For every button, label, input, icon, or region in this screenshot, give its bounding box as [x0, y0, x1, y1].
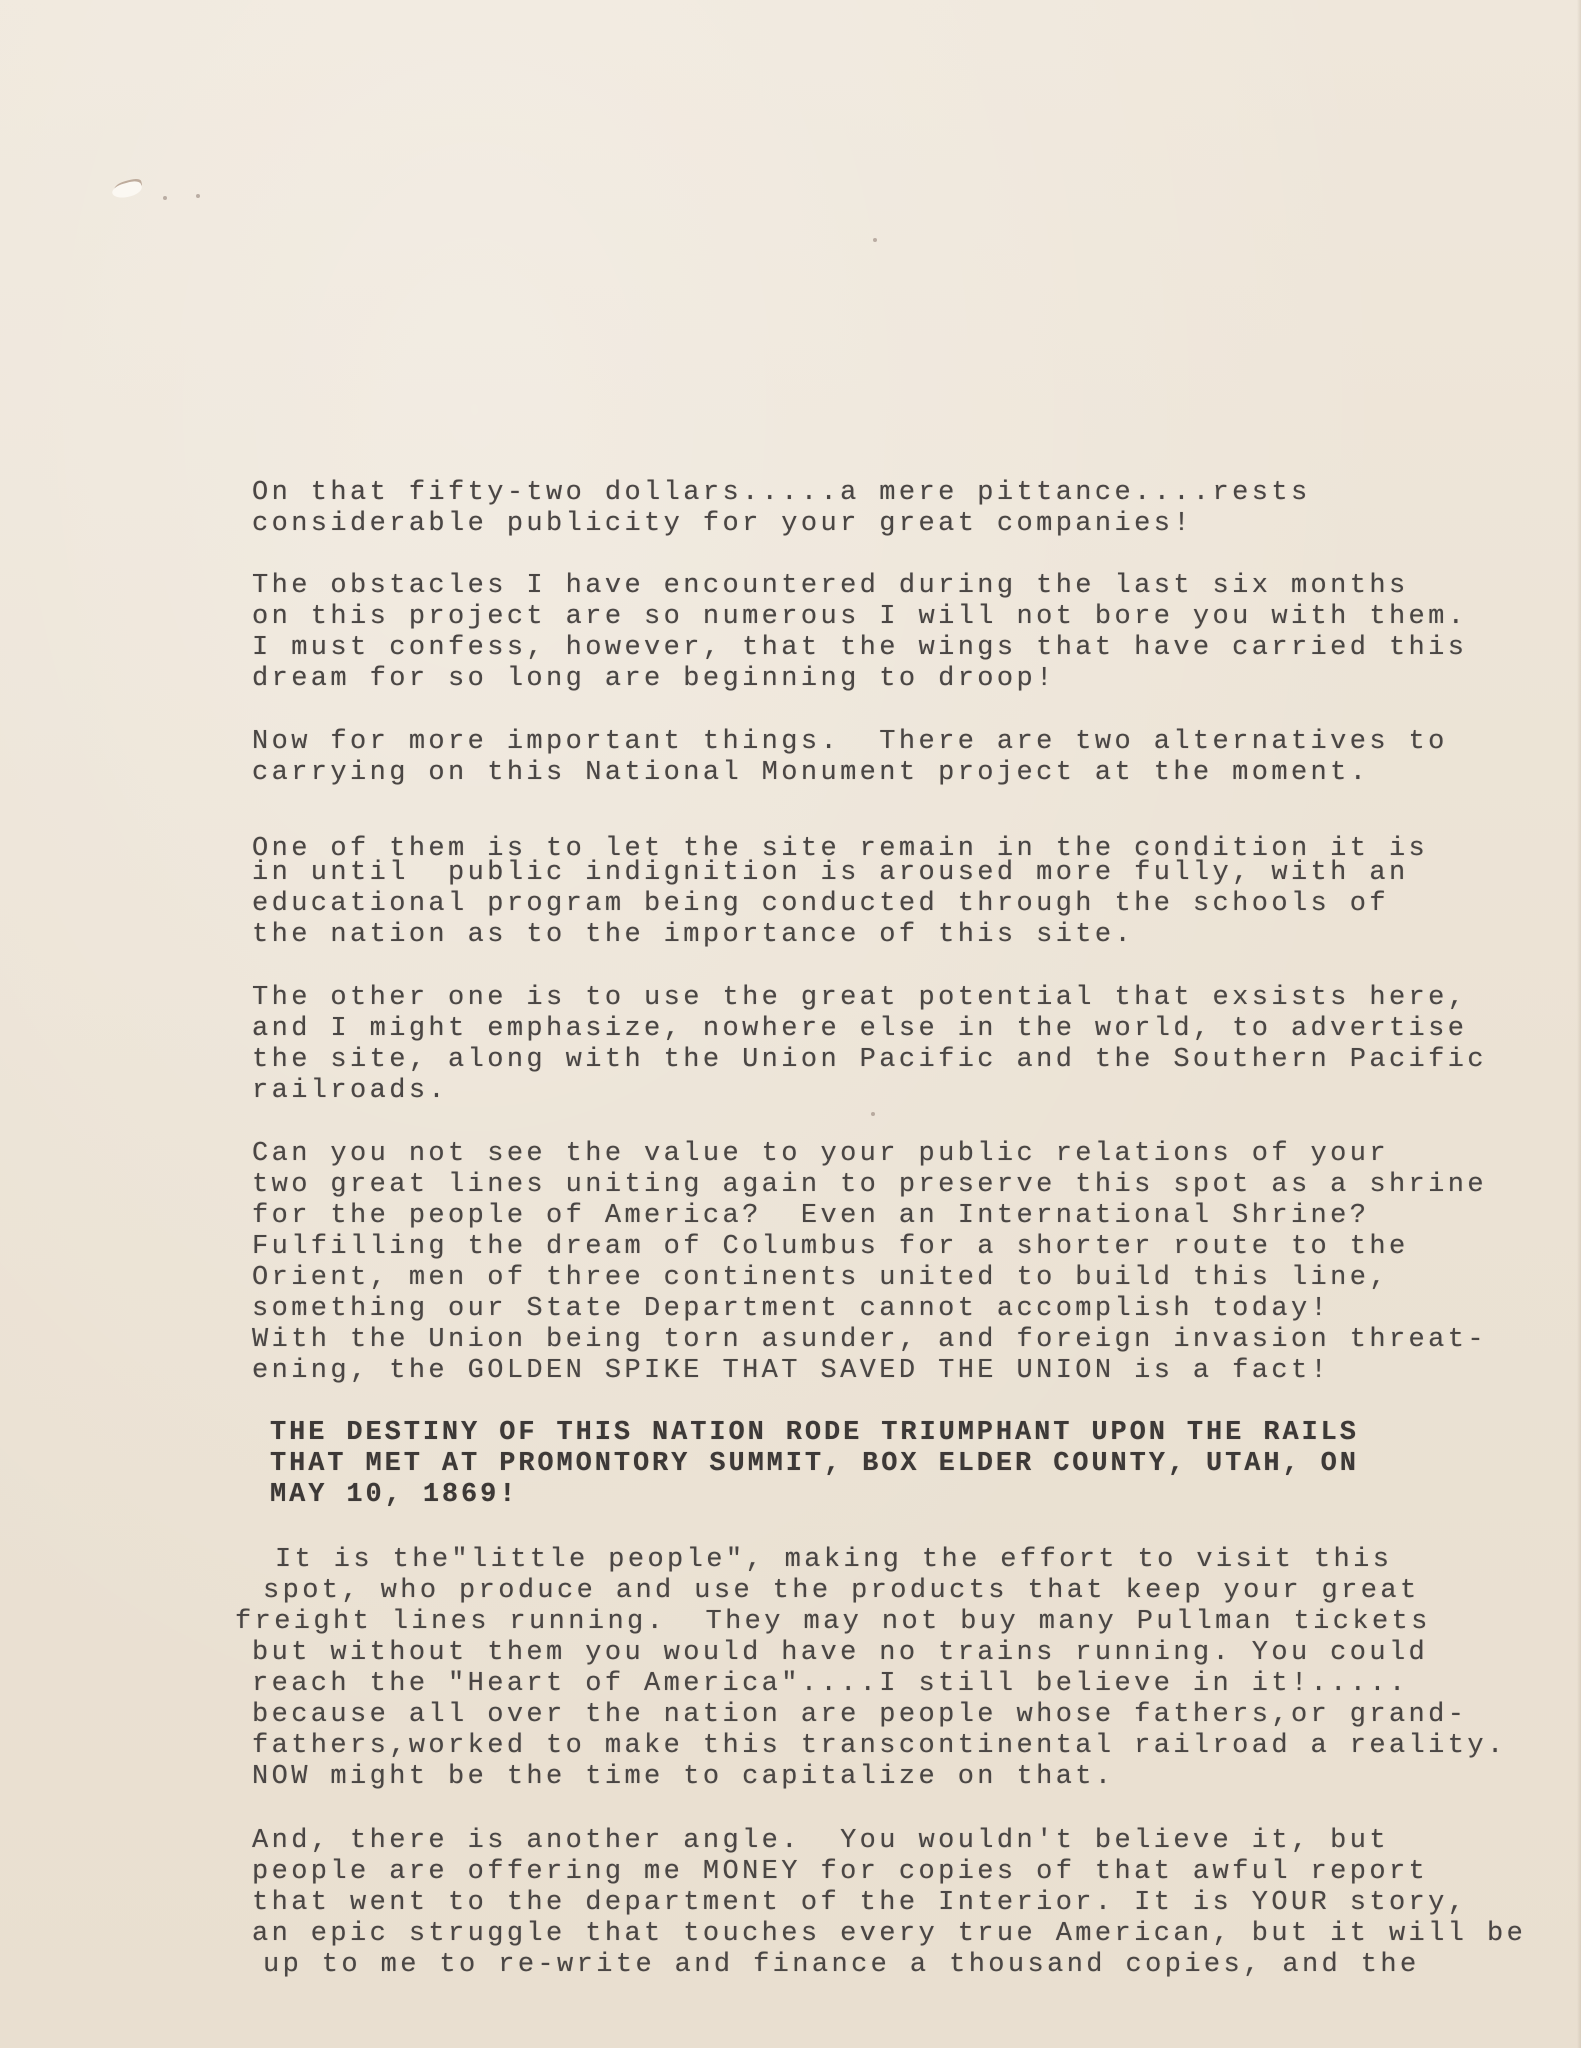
text-line: people are offering me MONEY for copies … — [252, 1857, 1428, 1888]
text-line: reach the "Heart of America"....I still … — [252, 1669, 1409, 1700]
text-line: ening, the GOLDEN SPIKE THAT SAVED THE U… — [252, 1356, 1330, 1387]
text-line: Now for more important things. There are… — [252, 727, 1448, 758]
text-line: because all over the nation are people w… — [252, 1700, 1467, 1731]
text-line: for the people of America? Even an Inter… — [252, 1201, 1369, 1232]
text-line: I must confess, however, that the wings … — [252, 633, 1467, 664]
text-line: fathers,worked to make this transcontine… — [252, 1731, 1507, 1762]
text-line: and I might emphasize, nowhere else in t… — [252, 1014, 1467, 1045]
text-line: the nation as to the importance of this … — [252, 920, 1134, 951]
text-line: dream for so long are beginning to droop… — [252, 664, 1056, 695]
text-line: The obstacles I have encountered during … — [252, 571, 1409, 602]
text-line: THE DESTINY OF THIS NATION RODE TRIUMPHA… — [270, 1418, 1359, 1449]
text-line: up to me to re-write and finance a thous… — [263, 1950, 1420, 1981]
text-line: railroads. — [252, 1076, 448, 1107]
paper-speck — [871, 1112, 875, 1116]
text-line: freight lines running. They may not buy … — [235, 1607, 1431, 1638]
text-line: something our State Department cannot ac… — [252, 1294, 1330, 1325]
paper-speck — [873, 238, 877, 242]
text-line: And, there is another angle. You wouldn'… — [252, 1826, 1389, 1857]
text-line: in until public indignition is aroused m… — [252, 858, 1409, 889]
text-line: Fulfilling the dream of Columbus for a s… — [252, 1232, 1409, 1263]
text-line: considerable publicity for your great co… — [252, 509, 1193, 540]
document-page: On that fifty-two dollars.....a mere pit… — [0, 0, 1581, 2048]
text-line: that went to the department of the Inter… — [252, 1888, 1467, 1919]
text-line: The other one is to use the great potent… — [252, 983, 1467, 1014]
text-line: but without them you would have no train… — [252, 1638, 1428, 1669]
text-line: THAT MET AT PROMONTORY SUMMIT, BOX ELDER… — [270, 1449, 1359, 1480]
text-line: MAY 10, 1869! — [270, 1480, 518, 1511]
text-line: spot, who produce and use the products t… — [263, 1576, 1420, 1607]
text-line: an epic struggle that touches every true… — [252, 1919, 1526, 1950]
text-line: educational program being conducted thro… — [252, 889, 1389, 920]
paper-blemish — [111, 179, 144, 200]
text-line: It is the"little people", making the eff… — [275, 1545, 1392, 1576]
text-line: Orient, men of three continents united t… — [252, 1263, 1389, 1294]
text-line: With the Union being torn asunder, and f… — [252, 1325, 1487, 1356]
paper-speck — [163, 196, 167, 200]
text-line: two great lines uniting again to preserv… — [252, 1170, 1487, 1201]
text-line: On that fifty-two dollars.....a mere pit… — [252, 478, 1311, 509]
text-line: carrying on this National Monument proje… — [252, 758, 1369, 789]
text-line: the site, along with the Union Pacific a… — [252, 1045, 1487, 1076]
text-line: on this project are so numerous I will n… — [252, 602, 1467, 633]
paper-edge — [1577, 0, 1581, 2048]
paper-speck — [196, 194, 200, 198]
text-line: NOW might be the time to capitalize on t… — [252, 1762, 1115, 1793]
text-line: Can you not see the value to your public… — [252, 1139, 1389, 1170]
